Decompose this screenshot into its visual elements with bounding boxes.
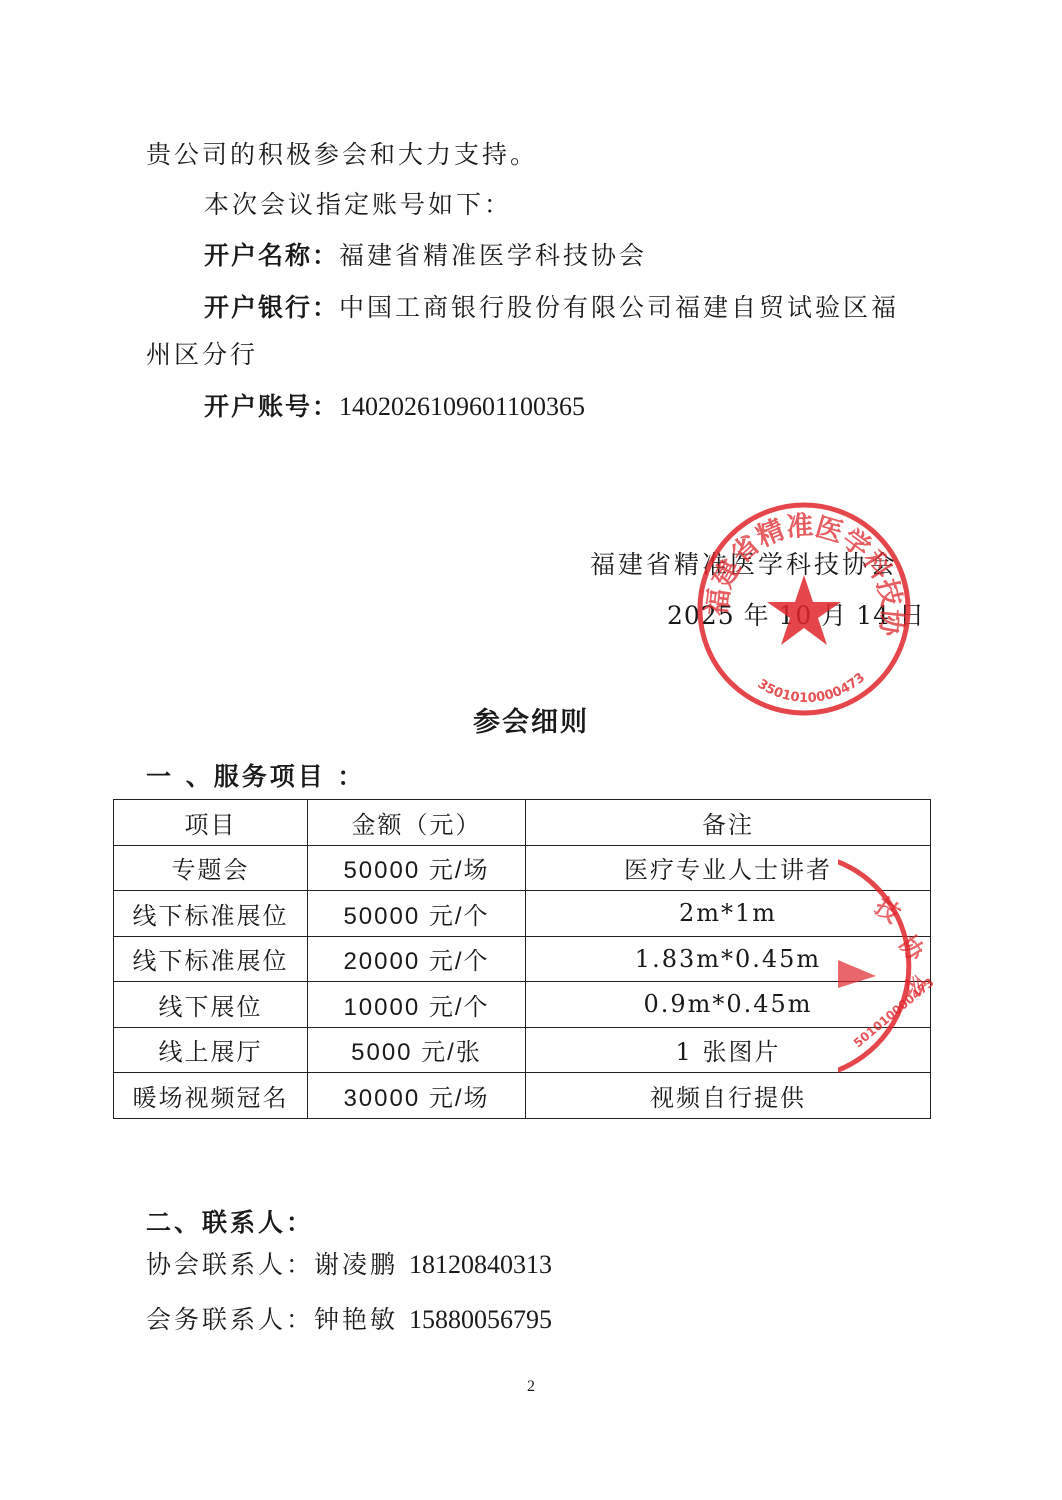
table-row: 线下标准展位 20000 元/个 1.83m*0.45m <box>114 936 931 982</box>
contact-phone: 15880056795 <box>409 1305 552 1334</box>
bank-row: 开户银行：中国工商银行股份有限公司福建自贸试验区福 <box>204 293 899 323</box>
table-row: 线下展位 10000 元/个 0.9m*0.45m <box>114 982 931 1028</box>
bank-label: 开户银行： <box>204 293 339 322</box>
table-header-row: 项目 金额（元） 备注 <box>114 800 931 846</box>
signature-organization: 福建省精准医学科技协会 <box>590 550 898 580</box>
cell-remark: 1 张图片 <box>526 1027 931 1073</box>
contact-association: 协会联系人：谢凌鹏 18120840313 <box>146 1250 552 1280</box>
cell-amount: 10000 元/个 <box>308 982 526 1028</box>
closing-line: 贵公司的积极参会和大力支持。 <box>146 140 538 170</box>
table-row: 暖场视频冠名 30000 元/场 视频自行提供 <box>114 1073 931 1119</box>
cell-remark: 0.9m*0.45m <box>526 982 931 1028</box>
contact-label: 会务联系人： <box>146 1305 314 1334</box>
account-name-label: 开户名称： <box>204 241 339 270</box>
contact-phone: 18120840313 <box>409 1250 552 1279</box>
table-header-item: 项目 <box>114 800 308 846</box>
details-title: 参会细则 <box>0 700 1062 739</box>
account-number-label: 开户账号： <box>204 392 339 421</box>
section1-heading: 一 、服务项目 ： <box>146 757 365 793</box>
cell-item: 线上展厅 <box>114 1027 308 1073</box>
section2-heading: 二、联系人： <box>146 1203 314 1239</box>
account-name-value: 福建省精准医学科技协会 <box>339 241 647 270</box>
signature-date: 2025 年 10 月 14 日 <box>667 601 925 631</box>
contact-name: 谢凌鹏 <box>314 1250 398 1279</box>
bank-value-continued: 州区分行 <box>146 340 258 370</box>
table-header-amount: 金额（元） <box>308 800 526 846</box>
cell-amount: 50000 元/个 <box>308 891 526 937</box>
cell-amount: 30000 元/场 <box>308 1073 526 1119</box>
cell-item: 专题会 <box>114 845 308 891</box>
cell-item: 线下展位 <box>114 982 308 1028</box>
account-intro: 本次会议指定账号如下： <box>204 190 512 220</box>
cell-remark: 视频自行提供 <box>526 1073 931 1119</box>
contact-conference: 会务联系人：钟艳敏 15880056795 <box>146 1305 552 1335</box>
account-number-row: 开户账号：1402026109601100365 <box>204 392 585 422</box>
account-name-row: 开户名称：福建省精准医学科技协会 <box>204 241 647 271</box>
cell-item: 暖场视频冠名 <box>114 1073 308 1119</box>
cell-item: 线下标准展位 <box>114 891 308 937</box>
cell-remark: 2m*1m <box>526 891 931 937</box>
table-row: 专题会 50000 元/场 医疗专业人士讲者 <box>114 845 931 891</box>
table-row: 线上展厅 5000 元/张 1 张图片 <box>114 1027 931 1073</box>
table-row: 线下标准展位 50000 元/个 2m*1m <box>114 891 931 937</box>
cell-remark: 1.83m*0.45m <box>526 936 931 982</box>
account-number-value: 1402026109601100365 <box>339 392 585 421</box>
service-table: 项目 金额（元） 备注 专题会 50000 元/场 医疗专业人士讲者 线下标准展… <box>113 799 931 1119</box>
bank-value: 中国工商银行股份有限公司福建自贸试验区福 <box>339 293 899 322</box>
cell-remark: 医疗专业人士讲者 <box>526 845 931 891</box>
page-number: 2 <box>0 1378 1062 1396</box>
cell-amount: 50000 元/场 <box>308 845 526 891</box>
contact-label: 协会联系人： <box>146 1250 314 1279</box>
cell-amount: 5000 元/张 <box>308 1027 526 1073</box>
cell-item: 线下标准展位 <box>114 936 308 982</box>
cell-amount: 20000 元/个 <box>308 936 526 982</box>
table-header-remark: 备注 <box>526 800 931 846</box>
contact-name: 钟艳敏 <box>314 1305 398 1334</box>
